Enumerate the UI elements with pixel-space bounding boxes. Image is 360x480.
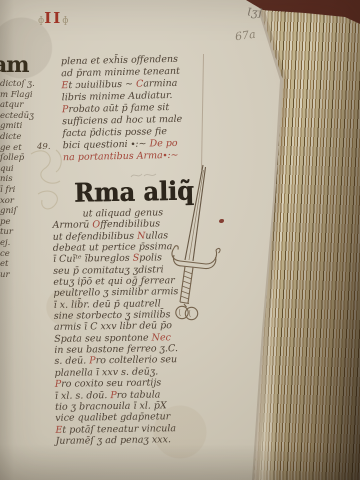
margin-line: ur <box>0 270 35 281</box>
ink-text: facta p̄dictis posse fie <box>62 126 167 139</box>
ink-text: bici questioni ∙:~ <box>63 138 150 151</box>
margin-line: ectedūʒ <box>0 111 35 122</box>
margin-line: tur <box>0 227 35 238</box>
rubricated-text: na portantibus Arma∙:~ <box>63 150 179 163</box>
margin-line: ce <box>0 249 35 260</box>
ink-text: robato aūt p̄ fame sit <box>68 102 169 115</box>
ink-text: s. deū. <box>54 356 89 367</box>
text-line: Pro coxito seu roartijs <box>55 377 180 390</box>
rubricated-text: N <box>137 230 145 241</box>
ink-text: libris minime Audiatur. <box>62 90 173 103</box>
folio-number-pencil: 67a <box>234 28 256 44</box>
margin-line: dicte <box>0 132 35 143</box>
manuscript-photo: ɸIIɸ Ɩʒ] 67a am dictoſ ʒ.m Flagiatqurect… <box>0 0 360 480</box>
ink-text: ī xl. s. doū. <box>55 390 111 402</box>
text-line: s. deū. Pro coltellerio seu <box>54 355 179 368</box>
faint-pencil-scribble <box>130 171 158 181</box>
margin-line: gmiti <box>0 121 35 132</box>
ink-text: ut defendibilibus <box>53 230 137 242</box>
rubricated-text: De po <box>149 138 177 150</box>
lower-text-block: ut aliquad genusArmorū Offendibilibusut … <box>52 207 180 447</box>
ink-text: Spata seu spontone <box>54 332 152 344</box>
showthrough-sketch <box>26 142 74 222</box>
margin-line: atqur <box>0 100 35 111</box>
ink-text: ullas <box>145 230 168 241</box>
flourish-icon: ɸ <box>62 16 68 26</box>
ink-text: t ɔuiuilibus ~ <box>68 79 136 91</box>
upper-text-block: plena et exh̄is offendensad p̄ram minime… <box>61 54 183 164</box>
ink-text: ī Cuīᵗᵉ ībureglos <box>53 253 133 265</box>
margin-gothic-initial: am <box>0 52 29 78</box>
ink-text: polis <box>139 253 162 264</box>
manuscript-page: ɸIIɸ Ɩʒ] 67a am dictoſ ʒ.m Flagiatqurect… <box>0 0 360 480</box>
corner-pencil-mark: Ɩʒ] <box>247 5 263 19</box>
rubricated-text: O <box>92 220 100 231</box>
ink-text: ro coltellerio seu <box>96 355 178 367</box>
margin-line: dictoſ ʒ. <box>0 79 35 90</box>
sword-drawing <box>166 160 222 332</box>
ink-text: Juramēſ ʒ ad penaʒ xxx. <box>56 434 172 447</box>
text-line: Juramēſ ʒ ad penaʒ xxx. <box>56 434 181 447</box>
ink-text: ro coxito seu roartijs <box>61 378 161 390</box>
ruling-line <box>201 54 204 170</box>
flourish-icon: ɸ <box>38 16 44 26</box>
roman-numeral-text: II <box>44 9 62 27</box>
ink-text: ffendibilibus <box>100 219 160 231</box>
ink-blot <box>219 219 224 223</box>
rubricated-text: Nec <box>152 332 171 343</box>
margin-line: m Flagi <box>0 90 35 101</box>
margin-line: et <box>0 259 35 270</box>
margin-line: ej. <box>0 238 35 249</box>
ink-text: armina <box>143 78 177 90</box>
red-roman-numeral: ɸIIɸ <box>38 9 69 27</box>
ink-text: ro tabula <box>117 389 161 401</box>
